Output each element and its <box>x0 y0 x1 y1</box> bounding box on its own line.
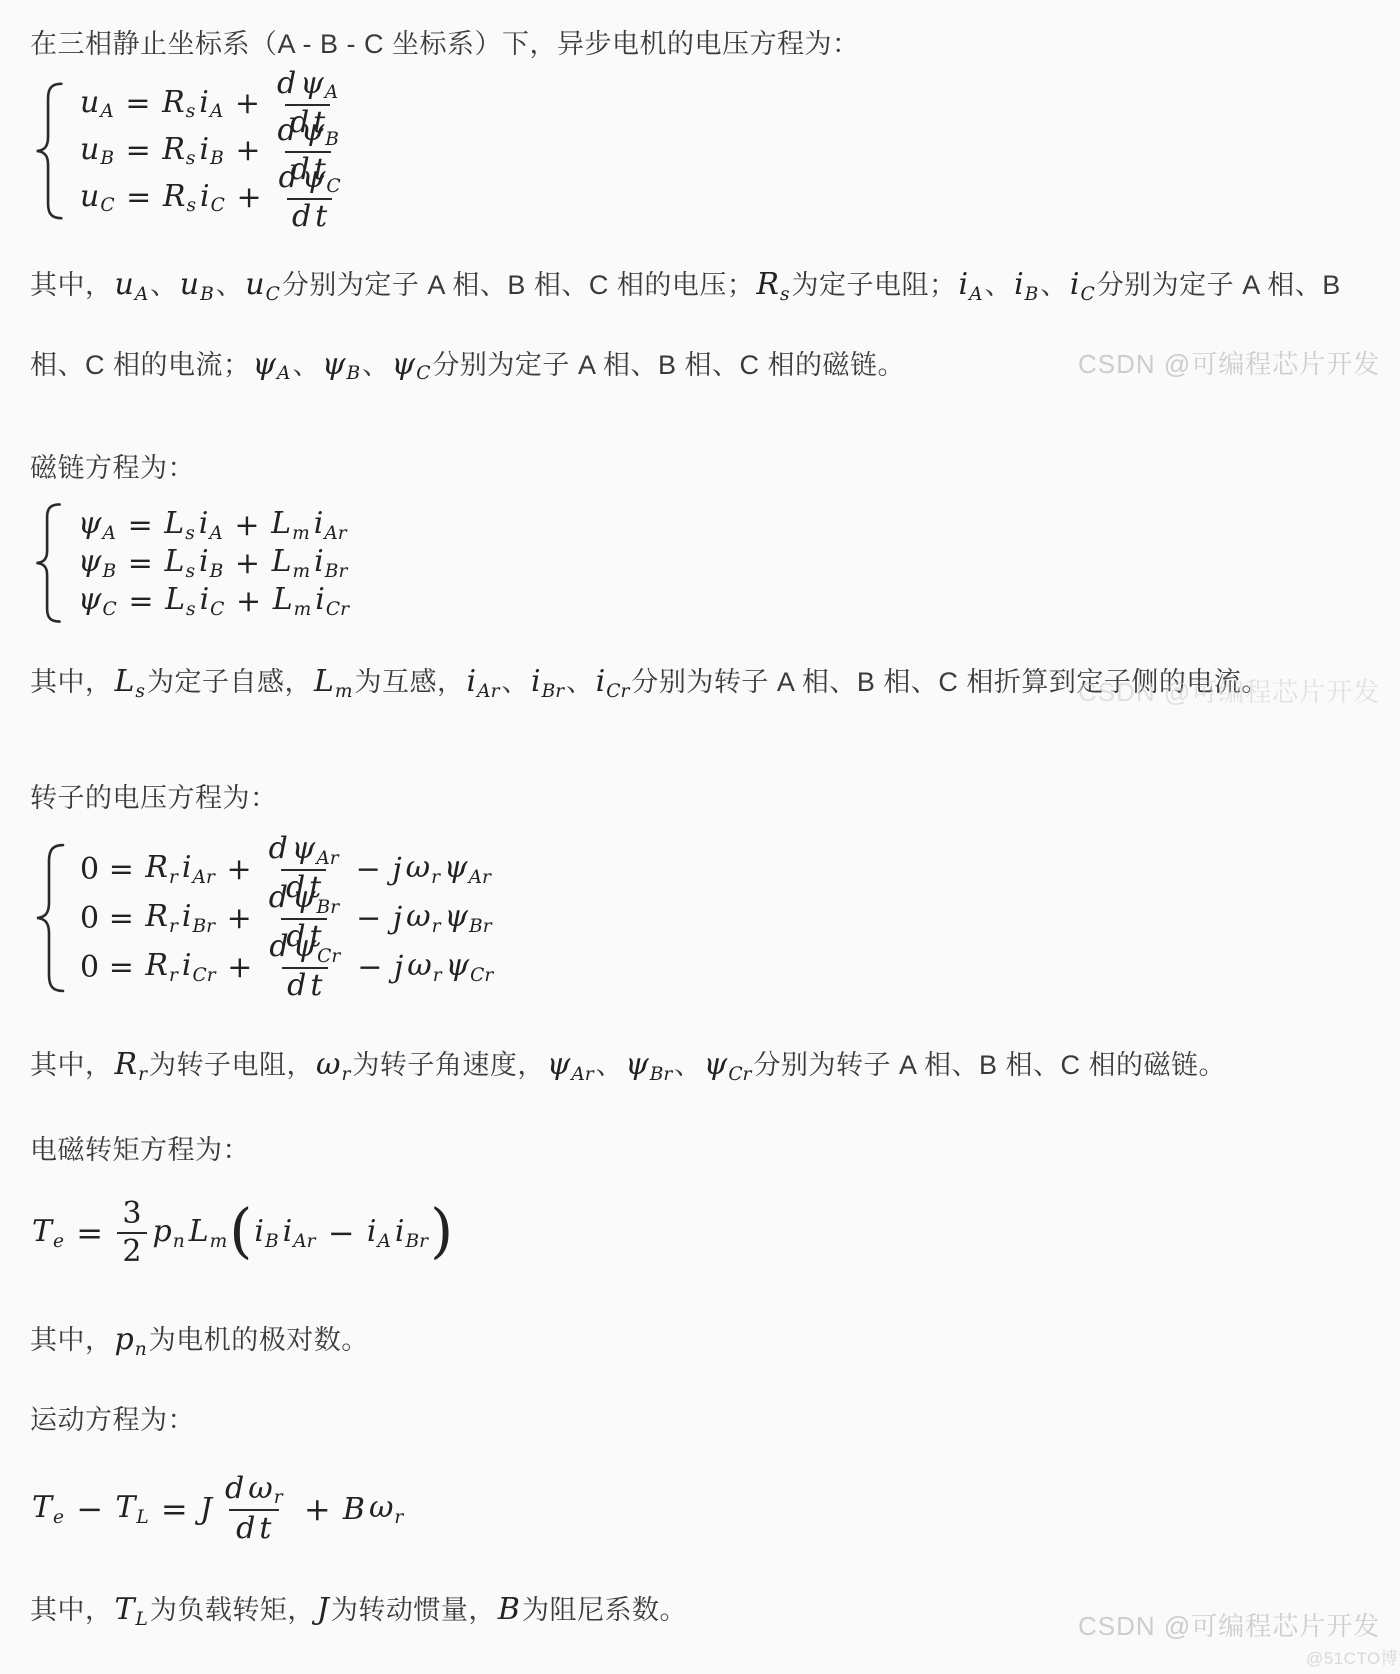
watermark-51cto: @51CTO博客 <box>1306 1644 1400 1669</box>
watermark-csdn: CSDN @可编程芯片开发 <box>1078 672 1380 709</box>
equation-row: uC=RsiC+dψCdt <box>78 174 348 221</box>
torque-heading: 电磁转矩方程为： <box>30 1130 250 1170</box>
flux-heading: 磁链方程为： <box>30 448 195 488</box>
intro-paragraph: 在三相静止坐标系（A - B - C 坐标系）下，异步电机的电压方程为： <box>30 24 860 64</box>
motion-equation: Te−TL=Jdωrdt+Bωr <box>30 1470 405 1548</box>
torque-equation: Te=32pnLm(iBiAr−iAiBr) <box>30 1192 453 1274</box>
equation-row: ψC=LsiC+LmiCr <box>76 582 351 620</box>
left-brace <box>32 842 68 994</box>
motion-heading: 运动方程为： <box>30 1400 195 1440</box>
watermark-csdn: CSDN @可编程芯片开发 <box>1078 344 1380 381</box>
left-brace <box>32 502 64 624</box>
rotor-voltage-equations: 0=RriAr+dψArdt−jωrψAr 0=RriBr+dψBrdt−jωr… <box>32 842 495 994</box>
stator-voltage-equations: uA=RsiA+dψAdt uB=RsiB+dψBdt uC=RsiC+dψCd… <box>32 80 348 221</box>
torque-symbols-paragraph: 其中，pn为电机的极对数。 <box>30 1320 369 1370</box>
equation-row: ψB=LsiB+LmiBr <box>76 544 351 582</box>
flux-equations: ψA=LsiA+LmiAr ψB=LsiB+LmiBr ψC=LsiC+LmiC… <box>32 502 351 624</box>
left-brace <box>32 81 66 221</box>
stator-symbols-paragraph: 其中，uA、uB、uC分别为定子 A 相、B 相、C 相的电压；Rs为定子电阻；… <box>30 250 1365 409</box>
watermark-csdn: CSDN @可编程芯片开发 <box>1078 1606 1380 1643</box>
rotor-heading: 转子的电压方程为： <box>30 778 278 818</box>
motion-symbols-paragraph: 其中，TL为负载转矩，J为转动惯量，B为阻尼系数。 <box>30 1590 687 1640</box>
equation-row: 0=RriCr+dψCrdt−jωrψCr <box>80 943 495 992</box>
equation-row: ψA=LsiA+LmiAr <box>76 506 351 544</box>
rotor-symbols-paragraph: 其中，Rr为转子电阻，ωr为转子角速度，ψAr、ψBr、ψCr分别为转子 A 相… <box>30 1045 1226 1095</box>
